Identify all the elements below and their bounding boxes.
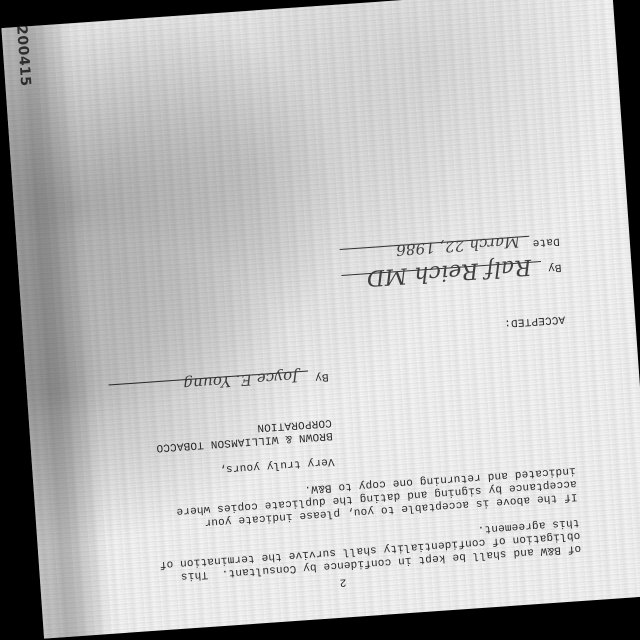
bates-number: 501200415 xyxy=(11,0,33,87)
company-signature: Joyce E. Young xyxy=(183,369,299,390)
scan-viewport: 2 of B&W and shall be kept in confidence… xyxy=(0,0,640,640)
company-signature-block: By Joyce E. Young xyxy=(88,367,329,408)
consultant-by-label: By xyxy=(547,260,561,274)
letter-body: 2 of B&W and shall be kept in confidence… xyxy=(80,232,583,605)
by-label: By xyxy=(314,369,328,383)
scanned-letter-page: 2 of B&W and shall be kept in confidence… xyxy=(1,0,640,639)
date-value: March 22, 1986 xyxy=(395,234,520,256)
date-label: Date xyxy=(532,234,560,249)
closing-block: Very truly yours, BROWN & WILLIAMSON TOB… xyxy=(92,415,335,484)
